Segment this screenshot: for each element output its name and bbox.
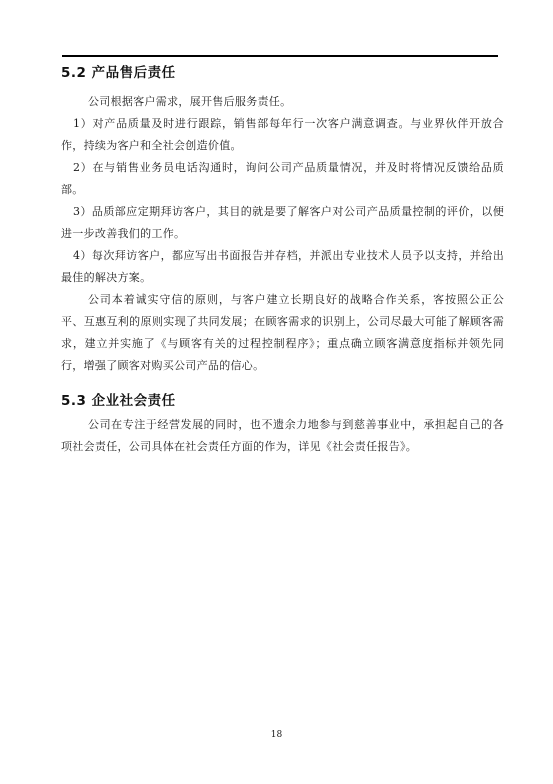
- section-5-2-list-item-1: 1）对产品质量及时进行跟踪，销售部每年行一次客户满意调查。与业界伙伴开放合作，持…: [61, 113, 504, 157]
- section-5-3-body-paragraph: 公司在专注于经营发展的同时，也不遗余力地参与到慈善事业中，承担起自己的各项社会责…: [61, 414, 504, 458]
- section-5-2-list-item-2: 2）在与销售业务员电话沟通时，询问公司产品质量情况，并及时将情况反馈给品质部。: [61, 157, 504, 201]
- section-5-2-closing-paragraph: 公司本着诚实守信的原则，与客户建立长期良好的战略合作关系，客按照公正公平、互惠互…: [61, 289, 504, 377]
- section-5-2-heading: 5.2 产品售后责任: [61, 62, 504, 84]
- section-5-2-intro-paragraph: 公司根据客户需求，展开售后服务责任。: [61, 91, 504, 113]
- document-body: 5.2 产品售后责任 公司根据客户需求，展开售后服务责任。 1）对产品质量及时进…: [61, 62, 504, 458]
- page-number: 18: [0, 730, 553, 740]
- document-page: 5.2 产品售后责任 公司根据客户需求，展开售后服务责任。 1）对产品质量及时进…: [0, 0, 553, 784]
- section-5-2-list-item-4: 4）每次拜访客户，都应写出书面报告并存档，并派出专业技术人员予以支持，并给出最佳…: [61, 245, 504, 289]
- header-divider-line: [62, 55, 498, 57]
- section-5-2-list-item-3: 3）品质部应定期拜访客户，其目的就是要了解客户对公司产品质量控制的评价，以便进一…: [61, 201, 504, 245]
- section-5-3-heading: 5.3 企业社会责任: [61, 390, 504, 412]
